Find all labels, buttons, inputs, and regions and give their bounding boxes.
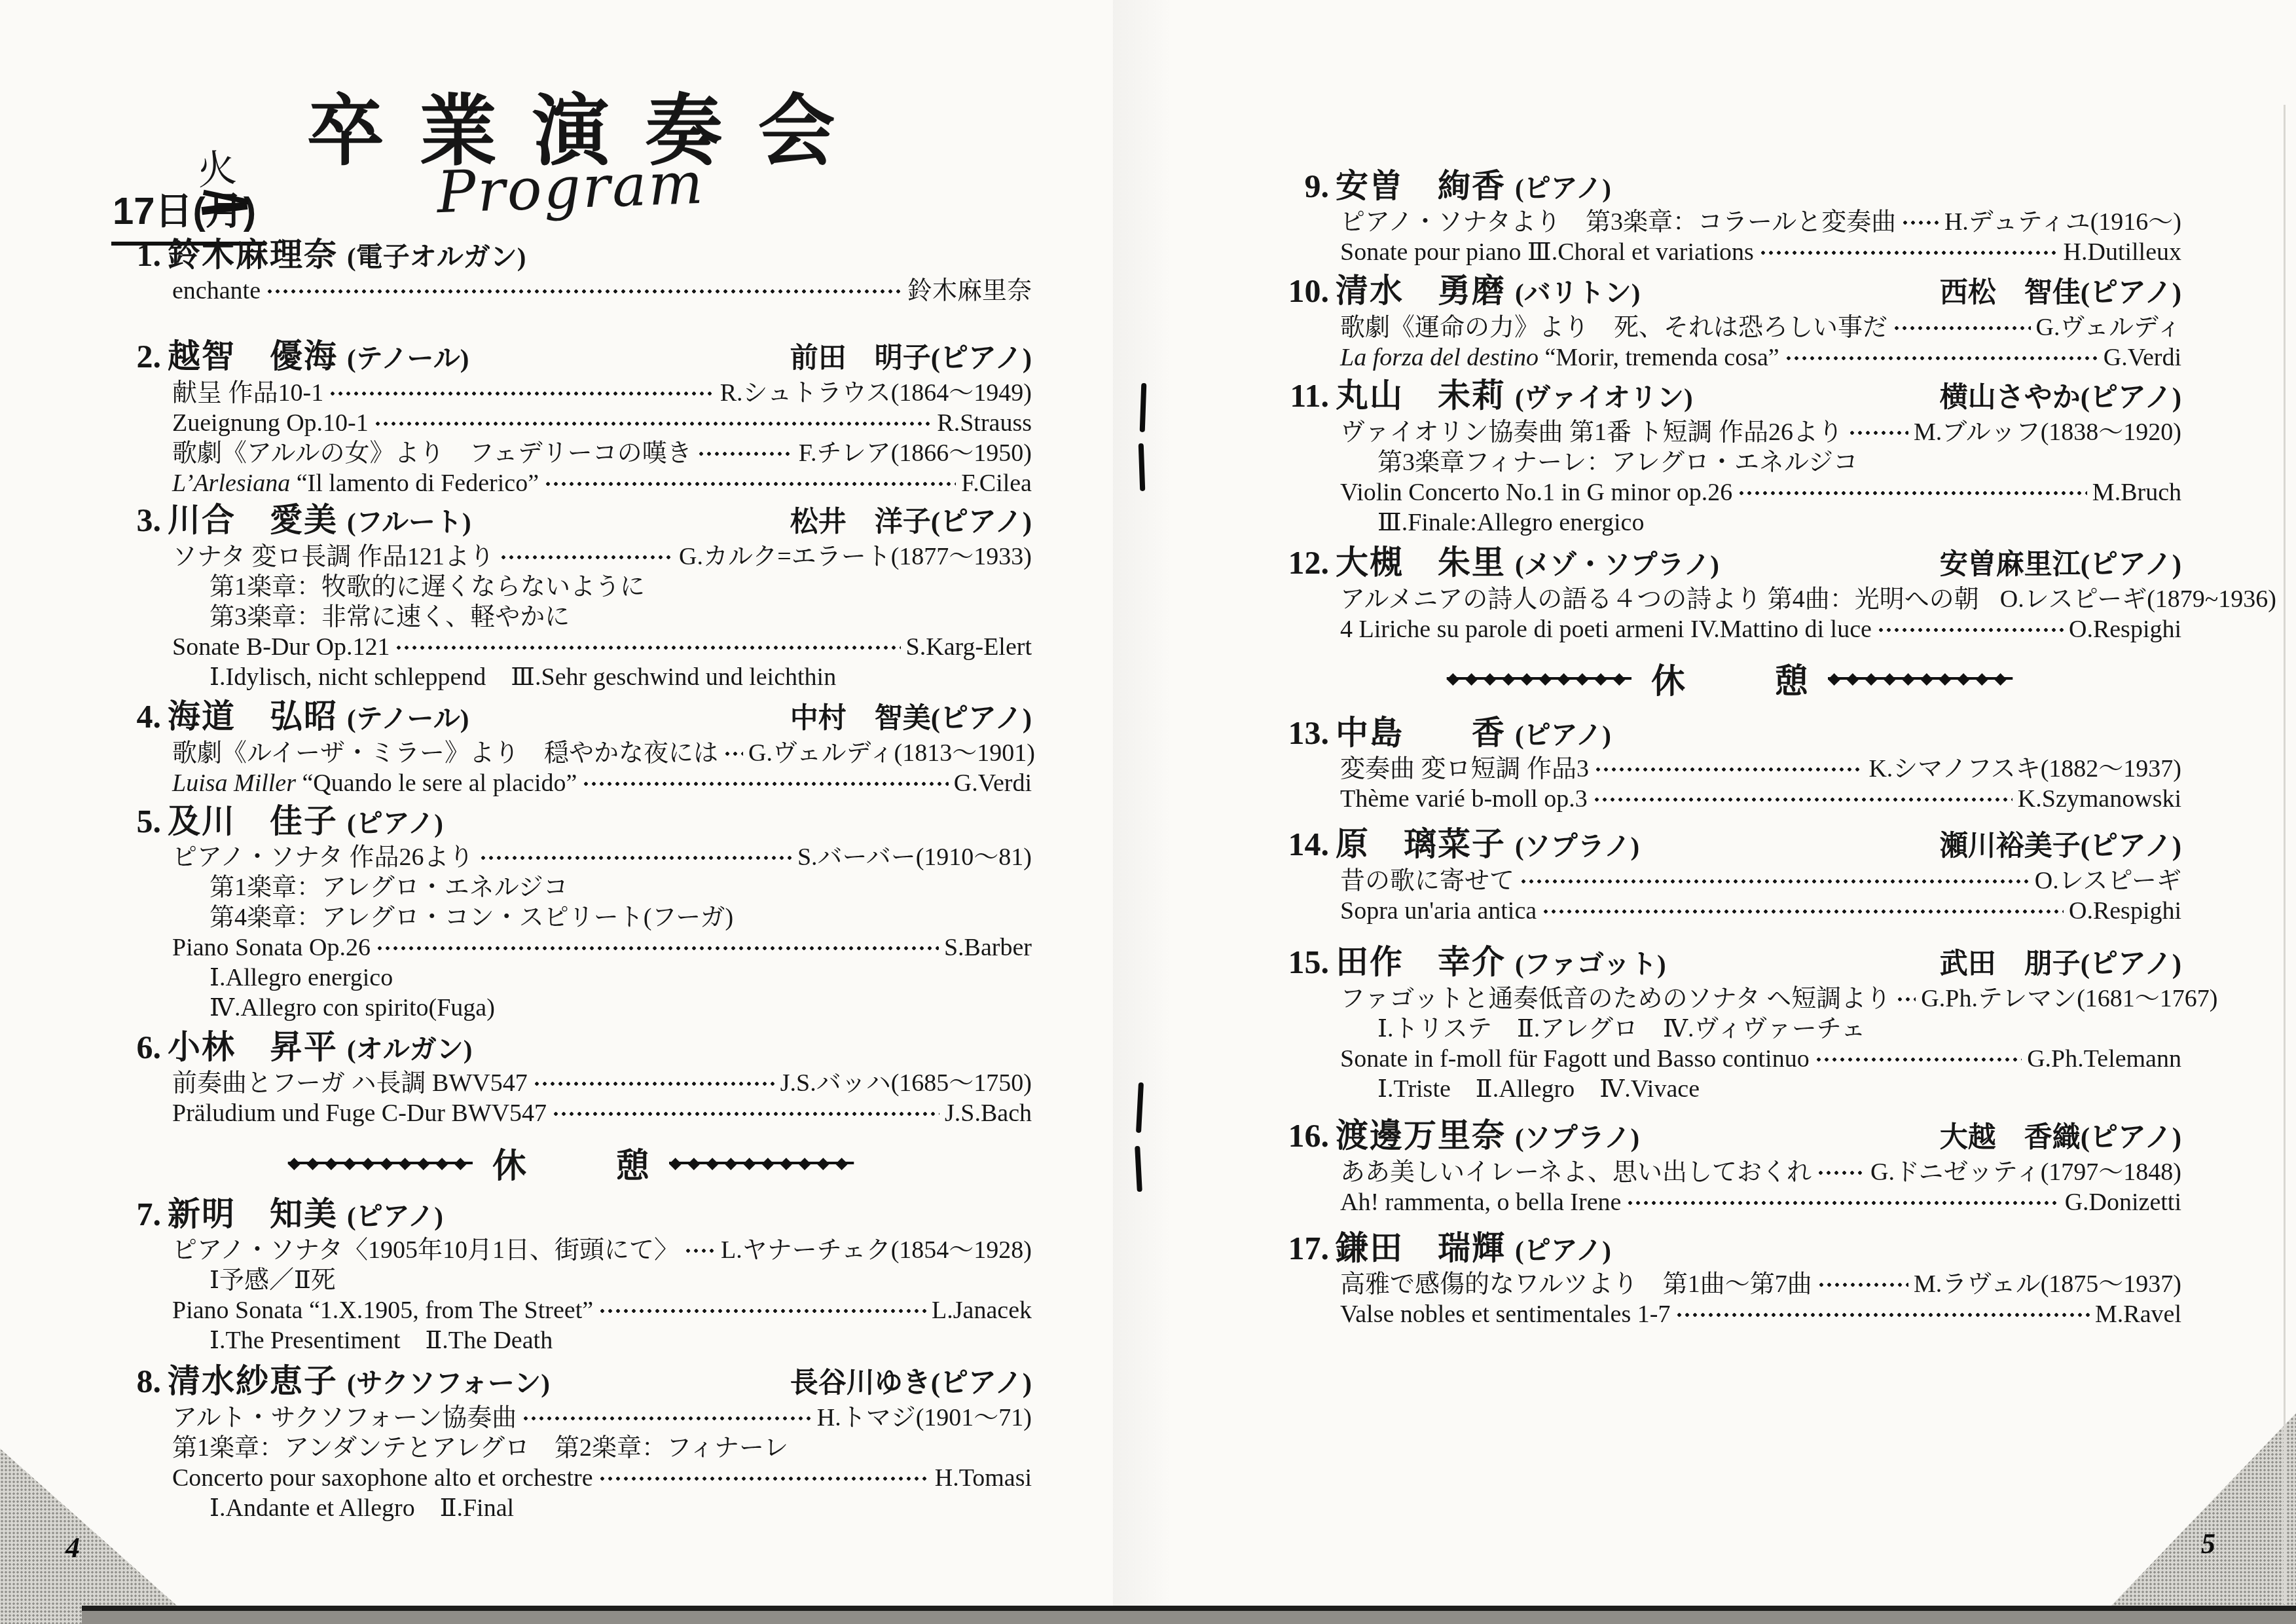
binding-fold-shadow [1113, 0, 1198, 1624]
performer-name: 鎌田 瑞輝 [1336, 1229, 1506, 1267]
intermission-deco-line [1447, 669, 1631, 688]
entry-heading: 11.丸山 未莉(ヴァイオリン)横山さやか(ピアノ) [1278, 377, 2181, 417]
dot-leader [376, 938, 939, 957]
entry-number: 13. [1278, 714, 1329, 752]
program-entry: 15.田作 幸介(ファゴット)武田 朋子(ピアノ)ファゴットと通奏低音のためのソ… [1278, 943, 2181, 1104]
piece-line: 歌劇《ルイーザ・ミラー》より 穏やかな夜にはG.ヴェルディ(1813〜1901) [110, 738, 1032, 768]
dot-leader [1817, 1162, 1865, 1182]
piece-line: ピアノ・ソナタ〈1905年10月1日、街頭にて〉L.ヤナーチェク(1854〜19… [110, 1235, 1032, 1265]
program-entry: 17.鎌田 瑞輝(ピアノ)高雅で感傷的なワルツより 第1曲〜第7曲M.ラヴェル(… [1278, 1229, 2181, 1329]
composer-credit: G.ヴェルディ(1813〜1901) [748, 738, 1035, 768]
piece-title: 高雅で感傷的なワルツより 第1曲〜第7曲 [1340, 1269, 1812, 1299]
program-entry: 16.渡邊万里奈(ソプラノ)大越 香織(ピアノ)ああ美しいイレーネよ、思い出して… [1278, 1116, 2181, 1217]
piece-line: Ah! rammenta, o bella IreneG.Donizetti [1278, 1187, 2181, 1217]
program-entry: 5.及川 佳子(ピアノ)ピアノ・ソナタ 作品26よりS.バーバー(1910〜81… [110, 802, 1032, 1023]
piece-title: Ⅰ.トリステ Ⅱ.アレグロ Ⅳ.ヴィヴァーチェ [1377, 1014, 1866, 1044]
scan-edge-strip [82, 1606, 2296, 1624]
piece-title: “Morir, tremenda cosa” [1539, 342, 1779, 373]
dot-leader [533, 1073, 775, 1093]
composer-credit: R.シュトラウス(1864〜1949) [720, 378, 1032, 408]
piece-line: Sonate pour piano Ⅲ.Choral et variations… [1278, 237, 2181, 267]
piece-title: 献呈 作品10-1 [172, 378, 323, 408]
performer-instrument: (ピアノ) [347, 804, 443, 842]
program-entry: 13.中島 香(ピアノ)変奏曲 変ロ短調 作品3K.シマノフスキ(1882〜19… [1278, 714, 2181, 814]
entry-number: 7. [110, 1195, 161, 1233]
entry-heading: 14.原 璃菜子(ソプラノ)瀬川裕美子(ピアノ) [1278, 825, 2181, 866]
dot-leader [1817, 1274, 1908, 1294]
piece-title: Violin Concerto No.1 in G minor op.26 [1340, 477, 1732, 507]
movement-line: Ⅰ.トリステ Ⅱ.アレグロ Ⅳ.ヴィヴァーチェ [1278, 1014, 2181, 1044]
piece-title: 歌劇《運命の力》より 死、それは恐ろしい事だ [1340, 312, 1887, 342]
piece-title: 昔の歌に寄せて [1340, 866, 1514, 896]
piece-line: Piano Sonata “1.X.1905, from The Street”… [110, 1295, 1032, 1325]
piece-title: Ⅰ.The Presentiment Ⅱ.The Death [210, 1325, 553, 1356]
program-entry: 4.海道 弘昭(テノール)中村 智美(ピアノ)歌劇《ルイーザ・ミラー》より 穏や… [110, 697, 1032, 798]
dot-leader [1877, 619, 2064, 639]
entry-heading: 12.大槻 朱里(メゾ・ソプラノ)安曽麻里江(ピアノ) [1278, 544, 2181, 584]
composer-credit: S.バーバー(1910〜81) [797, 842, 1032, 872]
entry-heading: 3.川合 愛美(フルート)松井 洋子(ピアノ) [110, 501, 1032, 542]
composer-credit: M.Bruch [2092, 477, 2181, 507]
performer-instrument: (オルガン) [347, 1030, 472, 1068]
composer-credit: G.ヴェルディ [2036, 312, 2181, 342]
performer-instrument: (テノール) [347, 699, 469, 737]
entry-number: 9. [1278, 167, 1329, 205]
entry-number: 8. [110, 1362, 161, 1400]
program-entry: 6.小林 昇平(オルガン)前奏曲とフーガ ハ長調 BWV547J.S.バッハ(1… [110, 1028, 1032, 1128]
piece-title: 第3楽章：非常に速く、軽やかに [210, 602, 570, 632]
movement-line: 第3楽章フィナーレ：アレグロ・エネルジコ [1278, 447, 2181, 477]
entry-heading: 1.鈴木麻理奈(電子オルガン) [110, 236, 1032, 276]
piece-line: Thème varié b-moll op.3K.Szymanowski [1278, 784, 2181, 814]
piece-title-italic: La forza del destino [1340, 342, 1539, 373]
entry-number: 5. [110, 802, 161, 840]
page-right-items: 9.安曽 絢香(ピアノ)ピアノ・ソナタより 第3楽章：コラールと変奏曲H.デュテ… [1278, 160, 2181, 1536]
program-entry: 3.川合 愛美(フルート)松井 洋子(ピアノ)ソナタ 変ロ長調 作品121よりG… [110, 501, 1032, 692]
dot-leader [1984, 589, 1995, 609]
dot-leader [500, 547, 674, 566]
piece-title: 変奏曲 変ロ短調 作品3 [1340, 754, 1589, 784]
piece-title-italic: L’Arlesiana [172, 468, 290, 498]
piece-title: Ⅰ.Allegro energico [210, 963, 393, 993]
entry-heading: 16.渡邊万里奈(ソプラノ)大越 香織(ピアノ) [1278, 1116, 2181, 1157]
dot-leader [1626, 1192, 2059, 1212]
accompanist-name: 西松 智佳(ピアノ) [1940, 274, 2181, 312]
piece-line: アルト・サクソフォーン協奏曲H.トマジ(1901〜71) [110, 1403, 1032, 1433]
dot-leader [395, 637, 900, 657]
movement-line: Ⅳ.Allegro con spirito(Fuga) [110, 993, 1032, 1023]
intermission-label: 休 憩 [1651, 654, 1836, 703]
piece-title: ピアノ・ソナタ〈1905年10月1日、街頭にて〉 [172, 1235, 679, 1265]
performer-name: 安曽 絢香 [1336, 167, 1506, 205]
performer-instrument: (ファゴット) [1515, 945, 1666, 983]
piece-title: enchante [172, 276, 261, 306]
program-entry: 1.鈴木麻理奈(電子オルガン)enchante鈴木麻里奈 [110, 236, 1032, 306]
piece-title: ピアノ・ソナタ 作品26より [172, 842, 474, 872]
piece-title: 歌劇《アルルの女》より フェデリーコの嘆き [172, 438, 692, 468]
entry-heading: 17.鎌田 瑞輝(ピアノ) [1278, 1229, 2181, 1269]
piece-title: Ⅰ.Triste Ⅱ.Allegro Ⅳ.Vivace [1377, 1074, 1700, 1104]
piece-title: 第1楽章：アレグロ・エネルジコ [210, 872, 568, 902]
piece-title: アルト・サクソフォーン協奏曲 [172, 1403, 517, 1433]
performer-name: 鈴木麻理奈 [168, 236, 338, 274]
movement-line: Ⅰ予感／Ⅱ死 [110, 1265, 1032, 1295]
composer-credit: M.Ravel [2095, 1299, 2181, 1329]
intermission-label: 休 憩 [492, 1138, 677, 1187]
performer-instrument: (メゾ・ソプラノ) [1515, 545, 1719, 583]
piece-line: L’Arlesiana “Il lamento di Federico”F.Ci… [110, 468, 1032, 498]
dot-leader [582, 773, 948, 793]
composer-credit: S.Barber [944, 932, 1032, 963]
piece-line: ヴァイオリン協奏曲 第1番 ト短調 作品26よりM.ブルッフ(1838〜1920… [1278, 417, 2181, 447]
piece-title: Concerto pour saxophone alto et orchestr… [172, 1463, 593, 1493]
piece-title: “Quando le sere al placido” [296, 768, 577, 798]
piece-line: 献呈 作品10-1R.シュトラウス(1864〜1949) [110, 378, 1032, 408]
entry-number: 17. [1278, 1229, 1329, 1267]
composer-credit: H.トマジ(1901〜71) [817, 1403, 1032, 1433]
piece-line: 変奏曲 変ロ短調 作品3K.シマノフスキ(1882〜1937) [1278, 754, 2181, 784]
piece-title: Ⅰ.Idylisch, nicht schleppend Ⅲ.Sehr gesc… [210, 662, 836, 692]
performer-instrument: (ピアノ) [1515, 169, 1611, 207]
piece-line: Violin Concerto No.1 in G minor op.26M.B… [1278, 477, 2181, 507]
dot-leader [598, 1468, 930, 1488]
performer-name: 清水 勇磨 [1336, 272, 1506, 310]
dot-leader [552, 1103, 939, 1123]
performer-name: 越智 優海 [168, 337, 338, 375]
dot-leader [723, 743, 743, 763]
entry-number: 10. [1278, 272, 1329, 310]
dot-leader [1896, 989, 1916, 1008]
piece-line: ピアノ・ソナタ 作品26よりS.バーバー(1910〜81) [110, 842, 1032, 872]
composer-credit: G.Donizetti [2065, 1187, 2181, 1217]
performer-name: 及川 佳子 [168, 802, 338, 840]
piece-line: 歌劇《アルルの女》より フェデリーコの嘆きF.チレア(1866〜1950) [110, 438, 1032, 468]
intermission-deco-line [669, 1153, 854, 1172]
composer-credit: S.Karg-Elert [906, 632, 1032, 662]
performer-instrument: (ソプラノ) [1515, 1118, 1639, 1156]
piece-title-italic: Luisa Miller [172, 768, 296, 798]
movement-line: Ⅰ.Allegro energico [110, 963, 1032, 993]
performer-name: 新明 知美 [168, 1195, 338, 1233]
performer-name: 丸山 未莉 [1336, 377, 1506, 415]
composer-credit: F.Cilea [961, 468, 1032, 498]
entry-number: 14. [1278, 825, 1329, 863]
performer-name: 中島 香 [1336, 714, 1506, 752]
entry-heading: 7.新明 知美(ピアノ) [110, 1195, 1032, 1235]
composer-credit: H.デュティユ(1916〜) [1944, 207, 2181, 237]
piece-title: ああ美しいイレーネよ、思い出しておくれ [1340, 1157, 1812, 1187]
composer-credit: H.Tomasi [935, 1463, 1032, 1493]
program-entry: 14.原 璃菜子(ソプラノ)瀬川裕美子(ピアノ)昔の歌に寄せてO.レスピーギSo… [1278, 825, 2181, 926]
dot-leader [266, 281, 902, 301]
piece-title: ファゴットと通奏低音のためのソナタ ヘ短調より [1340, 984, 1891, 1014]
movement-line: Ⅰ.Idylisch, nicht schleppend Ⅲ.Sehr gesc… [110, 662, 1032, 692]
dot-leader [1520, 871, 2030, 891]
intermission-deco-line [1828, 669, 2013, 688]
dot-leader [1893, 318, 2031, 337]
composer-credit: K.シマノフスキ(1882〜1937) [1868, 754, 2181, 784]
composer-credit: O.Respighi [2069, 896, 2181, 926]
performer-instrument: (サクソフォーン) [347, 1364, 550, 1402]
dot-leader [479, 847, 792, 867]
accompanist-name: 武田 朋子(ピアノ) [1940, 946, 2181, 984]
dot-leader [697, 443, 793, 463]
piece-title: 第1楽章：アンダンテとアレグロ 第2楽章：フィナーレ [172, 1433, 788, 1463]
page-edge-line [2284, 105, 2286, 1604]
piece-title: Zueignung Op.10-1 [172, 408, 369, 438]
piece-line: ファゴットと通奏低音のためのソナタ ヘ短調よりG.Ph.テレマン(1681〜17… [1278, 984, 2181, 1014]
entry-number: 1. [110, 236, 161, 274]
entry-number: 3. [110, 501, 161, 539]
dot-leader [1738, 483, 2087, 502]
performer-instrument: (ピアノ) [1515, 716, 1611, 754]
piece-title: Sonate pour piano Ⅲ.Choral et variations [1340, 237, 1754, 267]
composer-credit: L.ヤナーチェク(1854〜1928) [721, 1235, 1032, 1265]
piece-line: ピアノ・ソナタより 第3楽章：コラールと変奏曲H.デュティユ(1916〜) [1278, 207, 2181, 237]
entry-number: 16. [1278, 1116, 1329, 1154]
performer-name: 海道 弘昭 [168, 697, 338, 735]
piece-line: Zueignung Op.10-1R.Strauss [110, 408, 1032, 438]
dot-leader [544, 473, 956, 493]
performer-name: 小林 昇平 [168, 1028, 338, 1066]
piece-line: 高雅で感傷的なワルツより 第1曲〜第7曲M.ラヴェル(1875〜1937) [1278, 1269, 2181, 1299]
piece-line: 昔の歌に寄せてO.レスピーギ [1278, 866, 2181, 896]
piece-title: ソナタ 変ロ長調 作品121より [172, 542, 494, 572]
accompanist-name: 松井 洋子(ピアノ) [790, 504, 1032, 542]
performer-name: 清水紗恵子 [168, 1362, 338, 1400]
movement-line: 第4楽章：アレグロ・コン・スピリート(フーガ) [110, 902, 1032, 932]
intermission-row: 休 憩 [1278, 655, 2181, 701]
piece-title: Valse nobles et sentimentales 1-7 [1340, 1299, 1670, 1329]
entry-heading: 5.及川 佳子(ピアノ) [110, 802, 1032, 842]
movement-line: Ⅲ.Finale:Allegro energico [1278, 507, 2181, 538]
movement-line: 第1楽章：牧歌的に遅くならないように [110, 572, 1032, 602]
piece-line: Concerto pour saxophone alto et orchestr… [110, 1463, 1032, 1493]
entry-heading: 13.中島 香(ピアノ) [1278, 714, 2181, 754]
movement-line: Ⅰ.Triste Ⅱ.Allegro Ⅳ.Vivace [1278, 1074, 2181, 1104]
accompanist-name: 横山さやか(ピアノ) [1940, 379, 2181, 417]
piece-title: Sonate B-Dur Op.121 [172, 632, 390, 662]
composer-credit: K.Szymanowski [2018, 784, 2181, 814]
page-number-left: 4 [65, 1531, 80, 1564]
intermission-row: 休 憩 [110, 1139, 1032, 1185]
performer-instrument: (フルート) [347, 503, 471, 541]
page-left-items: 1.鈴木麻理奈(電子オルガン)enchante鈴木麻里奈2.越智 優海(テノール… [110, 62, 1032, 1568]
composer-credit: G.ドニゼッティ(1797〜1848) [1870, 1157, 2181, 1187]
composer-credit: G.Verdi [954, 768, 1032, 798]
piece-line: 4 Liriche su parole di poeti armeni IV.M… [1278, 614, 2181, 644]
piece-line: ソナタ 変ロ長調 作品121よりG.カルク=エラート(1877〜1933) [110, 542, 1032, 572]
piece-title: Sopra un'aria antica [1340, 896, 1537, 926]
dot-leader [1848, 422, 1908, 442]
entry-heading: 15.田作 幸介(ファゴット)武田 朋子(ピアノ) [1278, 943, 2181, 984]
piece-title: Thème varié b-moll op.3 [1340, 784, 1588, 814]
piece-line: Piano Sonata Op.26S.Barber [110, 932, 1032, 963]
performer-instrument: (バリトン) [1515, 274, 1640, 312]
entry-heading: 4.海道 弘昭(テノール)中村 智美(ピアノ) [110, 697, 1032, 738]
piece-line: アルメニアの詩人の語る４つの詩より 第4曲：光明への朝O.レスピーギ(1879~… [1278, 584, 2181, 614]
program-entry: 7.新明 知美(ピアノ)ピアノ・ソナタ〈1905年10月1日、街頭にて〉L.ヤナ… [110, 1195, 1032, 1356]
entry-heading: 8.清水紗恵子(サクソフォーン)長谷川ゆき(ピアノ) [110, 1362, 1032, 1403]
piece-title: “Il lamento di Federico” [290, 468, 539, 498]
piece-line: Valse nobles et sentimentales 1-7M.Ravel [1278, 1299, 2181, 1329]
accompanist-name: 安曽麻里江(ピアノ) [1940, 546, 2181, 584]
dot-leader [1542, 901, 2064, 921]
performer-name: 川合 愛美 [168, 501, 338, 539]
composer-credit: J.S.バッハ(1685〜1750) [780, 1068, 1032, 1098]
piece-title: アルメニアの詩人の語る４つの詩より 第4曲：光明への朝 [1340, 584, 1979, 614]
piece-line: Sonate in f-moll für Fagott und Basso co… [1278, 1044, 2181, 1074]
dot-leader [1759, 242, 2058, 262]
piece-line: enchante鈴木麻里奈 [110, 276, 1032, 306]
piece-title: Ⅰ予感／Ⅱ死 [210, 1265, 336, 1295]
accompanist-name: 大越 香織(ピアノ) [1940, 1119, 2181, 1157]
intermission-deco-line [288, 1153, 473, 1172]
page-left: 卒業演奏会 Program 火 17日(月) 1.鈴木麻理奈(電子オルガン)en… [110, 62, 1032, 1568]
piece-title: 4 Liriche su parole di poeti armeni IV.M… [1340, 614, 1872, 644]
composer-credit: O.Respighi [2069, 614, 2181, 644]
entry-number: 15. [1278, 943, 1329, 981]
performer-name: 渡邊万里奈 [1336, 1116, 1506, 1154]
piece-title: 第3楽章フィナーレ：アレグロ・エネルジコ [1377, 447, 1858, 477]
dot-leader [684, 1240, 716, 1260]
piece-title: Ⅲ.Finale:Allegro energico [1377, 507, 1644, 538]
dot-leader [1675, 1304, 2090, 1324]
entry-number: 12. [1278, 544, 1329, 581]
performer-name: 原 璃菜子 [1336, 825, 1506, 863]
composer-credit: O.レスピーギ [2035, 866, 2181, 896]
piece-line: Präludium und Fuge C-Dur BWV547J.S.Bach [110, 1098, 1032, 1128]
entry-heading: 10.清水 勇磨(バリトン)西松 智佳(ピアノ) [1278, 272, 2181, 312]
piece-line: ああ美しいイレーネよ、思い出しておくれG.ドニゼッティ(1797〜1848) [1278, 1157, 2181, 1187]
performer-instrument: (テノール) [347, 339, 469, 377]
composer-credit: G.Ph.テレマン(1681〜1767) [1921, 984, 2217, 1014]
dot-leader [598, 1301, 926, 1320]
piece-title: Sonate in f-moll für Fagott und Basso co… [1340, 1044, 1810, 1074]
piece-title: Ⅳ.Allegro con spirito(Fuga) [210, 993, 495, 1023]
program-entry: 10.清水 勇磨(バリトン)西松 智佳(ピアノ)歌劇《運命の力》より 死、それは… [1278, 272, 2181, 373]
piece-title: Piano Sonata Op.26 [172, 932, 371, 963]
program-entry: 8.清水紗恵子(サクソフォーン)長谷川ゆき(ピアノ)アルト・サクソフォーン協奏曲… [110, 1362, 1032, 1523]
composer-credit: 鈴木麻里奈 [907, 276, 1032, 306]
piece-title: ピアノ・ソナタより 第3楽章：コラールと変奏曲 [1340, 207, 1896, 237]
piece-title: Präludium und Fuge C-Dur BWV547 [172, 1098, 547, 1128]
performer-instrument: (ヴァイオリン) [1515, 378, 1693, 416]
movement-line: 第3楽章：非常に速く、軽やかに [110, 602, 1032, 632]
performer-name: 田作 幸介 [1336, 943, 1506, 981]
accompanist-name: 中村 智美(ピアノ) [790, 700, 1032, 738]
movement-line: Ⅰ.Andante et Allegro Ⅱ.Final [110, 1493, 1032, 1523]
piece-title: Ah! rammenta, o bella Irene [1340, 1187, 1621, 1217]
program-entry: 9.安曽 絢香(ピアノ)ピアノ・ソナタより 第3楽章：コラールと変奏曲H.デュテ… [1278, 167, 2181, 267]
composer-credit: F.チレア(1866〜1950) [799, 438, 1032, 468]
composer-credit: G.Ph.Telemann [2027, 1044, 2181, 1074]
entry-number: 11. [1278, 377, 1329, 415]
piece-line: Sonate B-Dur Op.121S.Karg-Elert [110, 632, 1032, 662]
piece-title: 第1楽章：牧歌的に遅くならないように [210, 572, 645, 602]
dot-leader [1901, 212, 1939, 232]
entry-number: 6. [110, 1028, 161, 1066]
dot-leader [522, 1408, 811, 1428]
piece-line: Luisa Miller “Quando le sere al placido”… [110, 768, 1032, 798]
composer-credit: L.Janacek [932, 1295, 1032, 1325]
dot-leader [374, 413, 932, 433]
entry-heading: 6.小林 昇平(オルガン) [110, 1028, 1032, 1068]
performer-instrument: (電子オルガン) [347, 238, 526, 276]
composer-credit: G.カルク=エラート(1877〜1933) [679, 542, 1032, 572]
program-entry: 12.大槻 朱里(メゾ・ソプラノ)安曽麻里江(ピアノ)アルメニアの詩人の語る４つ… [1278, 544, 2181, 644]
movement-line: 第1楽章：アンダンテとアレグロ 第2楽章：フィナーレ [110, 1433, 1032, 1463]
page-number-right: 5 [2201, 1527, 2215, 1560]
dot-leader [1594, 759, 1863, 779]
composer-credit: M.ラヴェル(1875〜1937) [1914, 1269, 2181, 1299]
entry-number: 2. [110, 337, 161, 375]
entry-number: 4. [110, 697, 161, 735]
composer-credit: J.S.Bach [945, 1098, 1032, 1128]
movement-line: Ⅰ.The Presentiment Ⅱ.The Death [110, 1325, 1032, 1356]
accompanist-name: 前田 明子(ピアノ) [790, 340, 1032, 378]
piece-line: Sopra un'aria anticaO.Respighi [1278, 896, 2181, 926]
dot-leader [1785, 348, 2098, 367]
accompanist-name: 瀬川裕美子(ピアノ) [1940, 828, 2181, 866]
piece-title: Ⅰ.Andante et Allegro Ⅱ.Final [210, 1493, 514, 1523]
page-right: 9.安曽 絢香(ピアノ)ピアノ・ソナタより 第3楽章：コラールと変奏曲H.デュテ… [1278, 160, 2181, 1536]
piece-title: 前奏曲とフーガ ハ長調 BWV547 [172, 1068, 528, 1098]
dot-leader [1593, 789, 2013, 809]
piece-title: 歌劇《ルイーザ・ミラー》より 穏やかな夜には [172, 738, 718, 768]
program-booklet-scan: 卒業演奏会 Program 火 17日(月) 1.鈴木麻理奈(電子オルガン)en… [0, 0, 2296, 1624]
entry-heading: 9.安曽 絢香(ピアノ) [1278, 167, 2181, 207]
piece-title: 第4楽章：アレグロ・コン・スピリート(フーガ) [210, 902, 733, 932]
accompanist-name: 長谷川ゆき(ピアノ) [790, 1365, 1032, 1403]
performer-instrument: (ソプラノ) [1515, 827, 1639, 865]
program-entry: 11.丸山 未莉(ヴァイオリン)横山さやか(ピアノ)ヴァイオリン協奏曲 第1番 … [1278, 377, 2181, 538]
composer-credit: R.Strauss [937, 408, 1032, 438]
performer-instrument: (ピアノ) [1515, 1231, 1611, 1269]
piece-line: 歌劇《運命の力》より 死、それは恐ろしい事だG.ヴェルディ [1278, 312, 2181, 342]
program-entry: 2.越智 優海(テノール)前田 明子(ピアノ)献呈 作品10-1R.シュトラウス… [110, 337, 1032, 498]
performer-instrument: (ピアノ) [347, 1197, 443, 1235]
performer-name: 大槻 朱里 [1336, 544, 1506, 581]
composer-credit: O.レスピーギ(1879~1936) [2000, 584, 2276, 614]
composer-credit: H.Dutilleux [2064, 237, 2181, 267]
composer-credit: M.ブルッフ(1838〜1920) [1914, 417, 2181, 447]
movement-line: 第1楽章：アレグロ・エネルジコ [110, 872, 1032, 902]
piece-line: 前奏曲とフーガ ハ長調 BWV547J.S.バッハ(1685〜1750) [110, 1068, 1032, 1098]
piece-title: Piano Sonata “1.X.1905, from The Street” [172, 1295, 593, 1325]
composer-credit: G.Verdi [2104, 342, 2181, 373]
piece-line: La forza del destino “Morir, tremenda co… [1278, 342, 2181, 373]
dot-leader [1815, 1049, 2022, 1069]
entry-heading: 2.越智 優海(テノール)前田 明子(ピアノ) [110, 337, 1032, 378]
piece-title: ヴァイオリン協奏曲 第1番 ト短調 作品26より [1340, 417, 1843, 447]
dot-leader [329, 383, 715, 403]
